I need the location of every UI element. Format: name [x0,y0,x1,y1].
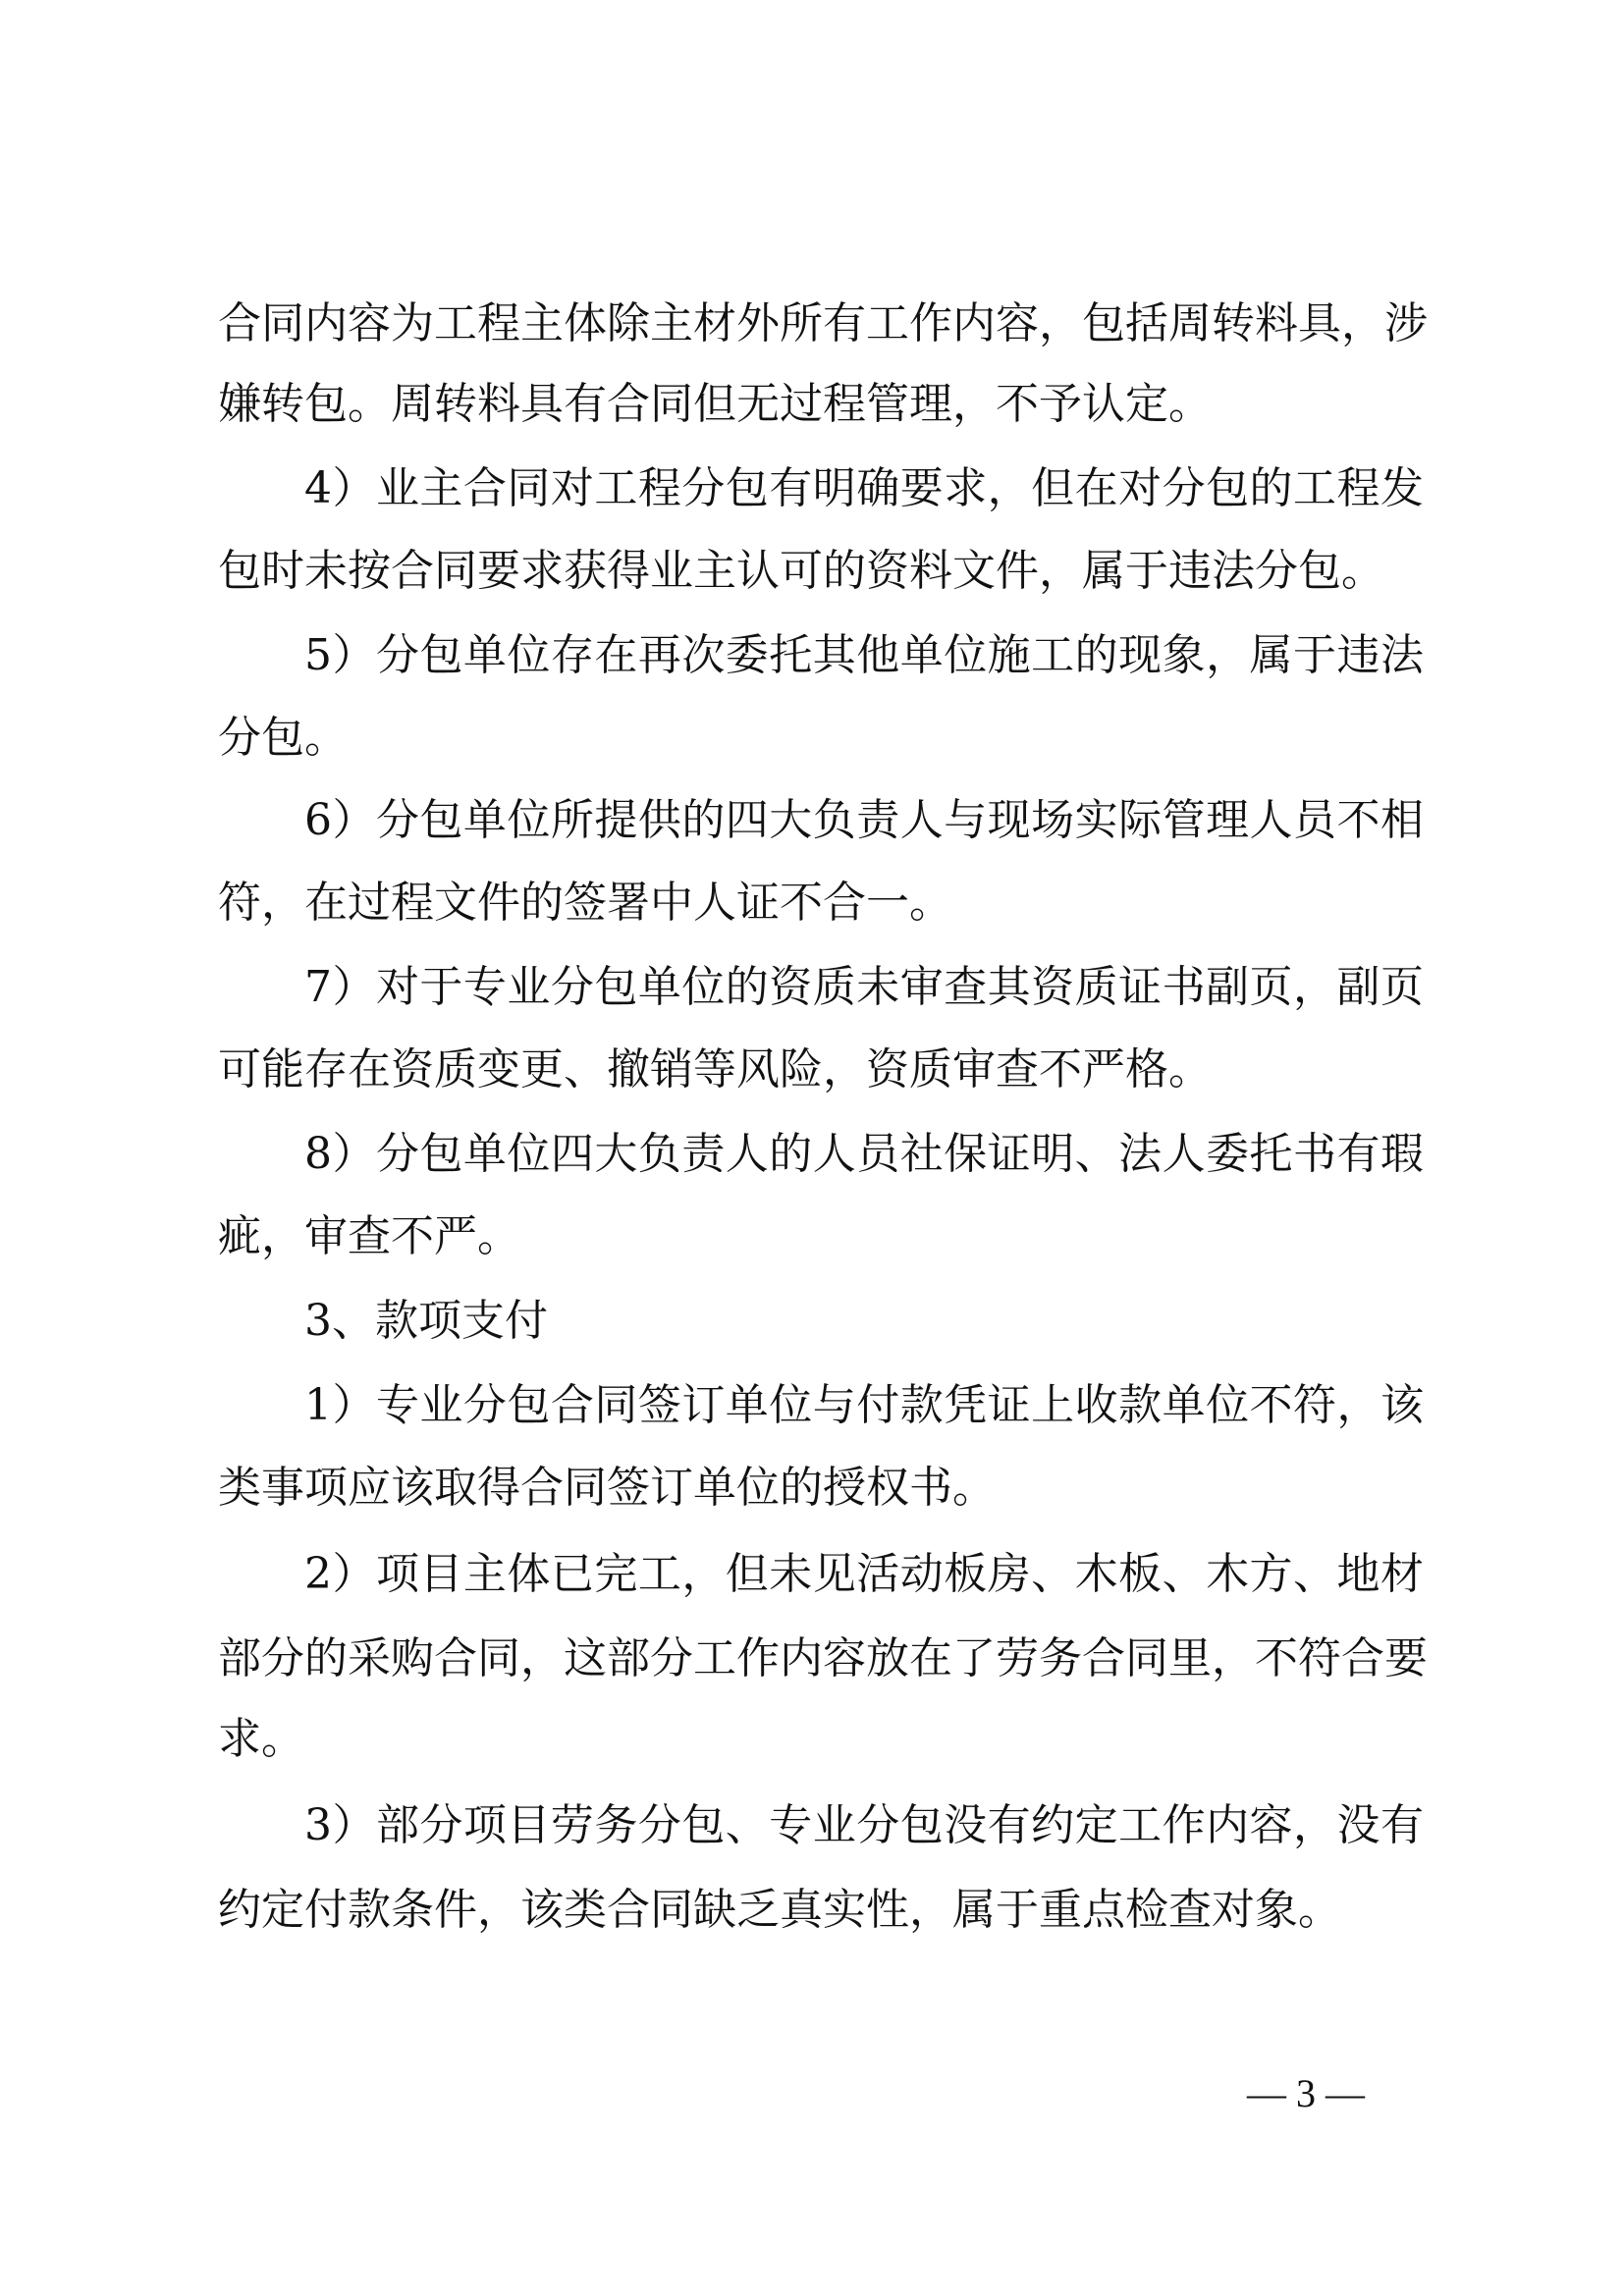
list-item-4-line: 包时未按合同要求获得业主认可的资料文件，属于违法分包。 [218,542,1424,601]
list-item-6-line: 6）分包单位所提供的四大负责人与现场实际管理人员不相 [304,791,1424,850]
list-item-6-line: 符，在过程文件的签署中人证不合一。 [218,874,1424,933]
page-number: — 3 — [1217,2069,1394,2118]
payment-item-2-line: 求。 [218,1710,1424,1769]
list-item-8-line: 8）分包单位四大负责人的人员社保证明、法人委托书有瑕 [304,1125,1424,1184]
payment-item-1-line: 1）专业分包合同签订单位与付款凭证上收款单位不符，该 [304,1376,1424,1435]
list-item-8-line: 疵，审查不严。 [218,1207,1424,1266]
payment-item-3-line: 3）部分项目劳务分包、专业分包没有约定工作内容，没有 [304,1796,1424,1855]
document-page: 合同内容为工程主体除主材外所有工作内容，包括周转料具，涉 嫌转包。周转料具有合同… [0,0,1623,2296]
payment-item-2-line: 2）项目主体已完工，但未见活动板房、木板、木方、地材 [304,1545,1424,1604]
paragraph-line: 嫌转包。周转料具有合同但无过程管理，不予认定。 [218,375,1424,434]
list-item-7-line: 可能存在资质变更、撤销等风险，资质审查不严格。 [218,1041,1424,1099]
list-item-4-line: 4）业主合同对工程分包有明确要求，但在对分包的工程发 [304,459,1424,518]
payment-item-3-line: 约定付款条件，该类合同缺乏真实性，属于重点检查对象。 [218,1881,1424,1940]
section-heading: 3、款项支付 [304,1292,1424,1351]
list-item-7-line: 7）对于专业分包单位的资质未审查其资质证书副页，副页 [304,958,1424,1017]
payment-item-2-line: 部分的采购合同，这部分工作内容放在了劳务合同里，不符合要 [218,1629,1424,1688]
paragraph-line: 合同内容为工程主体除主材外所有工作内容，包括周转料具，涉 [218,294,1424,353]
payment-item-1-line: 类事项应该取得合同签订单位的授权书。 [218,1459,1424,1518]
list-item-5-line: 5）分包单位存在再次委托其他单位施工的现象，属于违法 [304,626,1424,685]
list-item-5-line: 分包。 [218,709,1424,768]
